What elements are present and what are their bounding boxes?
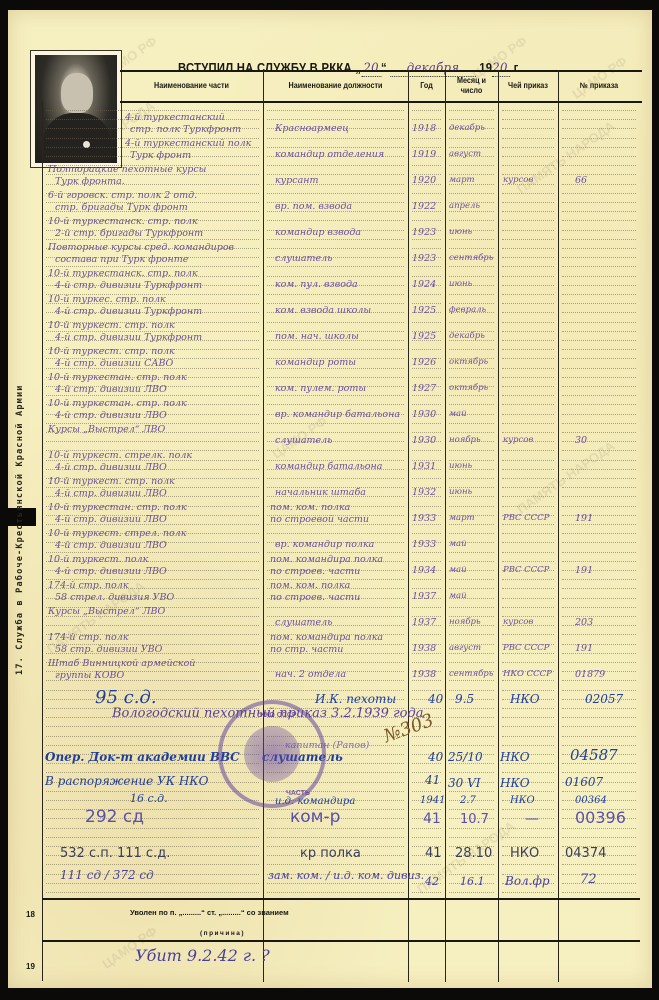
ruled-line — [412, 662, 441, 663]
ruled-line — [502, 745, 554, 746]
ruled-line — [502, 598, 554, 599]
ruled-line — [562, 211, 636, 212]
table-cell: декабрь — [449, 331, 485, 342]
ruled-line — [562, 220, 636, 221]
table-cell: пом. командира полка — [270, 554, 383, 565]
ruled-line — [502, 423, 554, 424]
ruled-line — [449, 607, 494, 608]
table-cell: 4-й стр. дивизии ЛВО — [55, 540, 167, 551]
ruled-line — [449, 690, 494, 691]
table-cell: май — [449, 409, 467, 420]
table-cell: 1926 — [412, 357, 436, 368]
table-cell: группы КОВО — [55, 670, 124, 681]
ruled-line — [412, 892, 441, 893]
ruled-line — [267, 395, 404, 396]
table-cell: ком. взвода школы — [275, 305, 371, 316]
table-cell: 6-й горовск. стр. полк 2 отд. — [48, 190, 197, 201]
ruled-line — [267, 276, 404, 277]
table-cell: 4-й стр. дивизии Туркфронт — [55, 280, 202, 291]
ruled-line — [562, 515, 636, 516]
table-cell: июнь — [449, 279, 472, 290]
ruled-line — [412, 506, 441, 507]
ruled-line — [412, 322, 441, 323]
table-cell: 4-й стр. дивизии САВО — [55, 358, 173, 369]
ruled-line — [502, 248, 554, 249]
ink-entry: НКО — [510, 848, 539, 859]
ruled-line — [412, 828, 441, 829]
ruled-line — [412, 791, 441, 792]
ruled-line — [502, 377, 554, 378]
table-cell: 191 — [575, 565, 593, 576]
table-cell: 10-й туркест. стрел. полк — [48, 528, 186, 539]
ruled-line — [562, 230, 636, 231]
table-cell: по строев. части — [270, 566, 360, 577]
ruled-line — [502, 552, 554, 553]
table-cell: ком. пулем. роты — [275, 383, 366, 394]
ruled-line — [562, 266, 636, 267]
ruled-line — [449, 478, 494, 479]
ink-entry: 42 — [425, 876, 439, 887]
ink-entry: 02057 — [585, 694, 623, 705]
ruled-line — [267, 533, 404, 534]
ruled-line — [562, 552, 636, 553]
ruled-line — [412, 533, 441, 534]
table-cell: июнь — [449, 461, 472, 472]
ruled-line — [562, 874, 636, 875]
ruled-line — [412, 266, 441, 267]
table-cell: 10-й туркестанск. стр. полк — [48, 216, 198, 227]
ruled-line — [412, 349, 441, 350]
ruled-line — [267, 239, 404, 240]
ruled-line — [449, 708, 494, 709]
ruled-line — [412, 138, 441, 139]
table-cell: Полторацкие пехотные курсы — [48, 164, 206, 175]
ruled-line — [412, 193, 441, 194]
ruled-line — [562, 570, 636, 571]
ruled-line — [562, 202, 636, 203]
ruled-line — [562, 496, 636, 497]
ruled-line — [502, 331, 554, 332]
ink-entry: И.К. пехоты — [315, 694, 396, 705]
ruled-line — [449, 828, 494, 829]
ruled-line — [412, 239, 441, 240]
table-cell: 4-й стр. дивизии Туркфронт — [55, 306, 202, 317]
ink-entry: 72 — [580, 874, 597, 885]
ruled-line — [449, 276, 494, 277]
ruled-line — [449, 423, 494, 424]
table-cell: по стр. части — [270, 644, 343, 655]
ruled-line — [267, 892, 404, 893]
section-18-rule — [42, 898, 640, 900]
ruled-line — [412, 579, 441, 580]
ruled-line — [502, 487, 554, 488]
ruled-line — [267, 193, 404, 194]
ruled-line — [502, 607, 554, 608]
ruled-line — [562, 331, 636, 332]
table-cell: ноябрь — [449, 435, 481, 446]
ruled-line — [562, 717, 636, 718]
ruled-line — [267, 294, 404, 295]
ruled-line — [412, 248, 441, 249]
ruled-line — [267, 883, 404, 884]
column-header: Наименование части — [127, 72, 256, 100]
ruled-line — [449, 552, 494, 553]
ruled-line — [502, 837, 554, 838]
section-17-label: 17. Служба в Рабоче-Крестьянской Красной… — [15, 375, 25, 675]
ruled-line — [412, 377, 441, 378]
ruled-line — [267, 377, 404, 378]
ruled-line — [562, 533, 636, 534]
ruled-line — [502, 138, 554, 139]
section-18-number: 18 — [26, 910, 35, 919]
ink-entry: 16 с.д. — [130, 793, 168, 804]
ruled-line — [562, 864, 636, 865]
table-cell: 4-й туркестанский полк — [125, 138, 251, 149]
ruled-line — [562, 432, 636, 433]
table-cell: нач. 2 отдела — [275, 669, 346, 680]
table-cell: курсов — [503, 617, 533, 628]
ruled-line — [449, 745, 494, 746]
ruled-line — [267, 165, 404, 166]
table-cell: 1927 — [412, 383, 436, 394]
table-cell: вр. командир батальона — [275, 409, 400, 420]
ruled-line — [46, 552, 259, 553]
ruled-line — [46, 625, 259, 626]
ink-entry: 2.7 — [460, 795, 476, 806]
ink-entry: 40 — [428, 752, 443, 763]
table-cell: 1933 — [412, 513, 436, 524]
table-cell: 4-й туркестанский — [125, 112, 225, 123]
ruled-line — [562, 184, 636, 185]
ink-entry: 10.7 — [460, 814, 489, 825]
table-cell: 4-й стр. дивизии ЛВО — [55, 514, 167, 525]
table-cell: май — [449, 565, 467, 576]
ruled-line — [412, 524, 441, 525]
table-cell: ком. пул. взвода — [275, 279, 358, 290]
ruled-line — [562, 156, 636, 157]
ruled-line — [502, 579, 554, 580]
column-divider — [498, 70, 499, 982]
ruled-line — [502, 211, 554, 212]
ruled-line — [449, 892, 494, 893]
ruled-line — [502, 303, 554, 304]
table-cell: 10-й туркестан. стр. полк — [48, 372, 187, 383]
ink-entry: НКО — [500, 778, 530, 789]
ruled-line — [46, 864, 259, 865]
ruled-line — [449, 717, 494, 718]
table-cell: март — [449, 175, 475, 186]
table-cell: 10-й туркестан. стр. полк — [48, 398, 187, 409]
ruled-line — [267, 432, 404, 433]
table-cell: 66 — [575, 175, 587, 186]
ruled-line — [502, 478, 554, 479]
death-note: Убит 9.2.42 г. ? — [135, 950, 270, 961]
ruled-line — [562, 248, 636, 249]
table-cell: командир взвода — [275, 227, 361, 238]
ruled-line — [502, 506, 554, 507]
table-cell: 174-й стр. полк — [48, 580, 129, 591]
ruled-line — [562, 837, 636, 838]
ruled-line — [412, 432, 441, 433]
ruled-line — [562, 285, 636, 286]
table-cell: 1932 — [412, 487, 436, 498]
ruled-line — [412, 561, 441, 562]
table-cell: пом. нач. школы — [275, 331, 359, 342]
ink-entry: 9.5 — [455, 694, 474, 705]
ruled-line — [449, 147, 494, 148]
ruled-line — [46, 828, 259, 829]
ruled-line — [502, 322, 554, 323]
ink-entry: Вол.фр — [505, 876, 550, 887]
ruled-line — [562, 478, 636, 479]
ink-entry: 04587 — [570, 750, 618, 761]
table-cell: 1938 — [412, 643, 436, 654]
ruled-line — [502, 266, 554, 267]
ruled-line — [562, 423, 636, 424]
ruled-line — [412, 690, 441, 691]
ink-entry: 41 — [425, 775, 440, 786]
table-cell: ноябрь — [449, 617, 481, 628]
table-cell: Курсы „Выстрел“ ЛВО — [48, 606, 165, 617]
ruled-line — [562, 883, 636, 884]
ruled-line — [267, 864, 404, 865]
table-cell: РВС СССР — [503, 643, 549, 654]
table-cell: пом. командира полка — [270, 632, 383, 643]
ruled-line — [449, 220, 494, 221]
ruled-line — [562, 690, 636, 691]
ruled-line — [502, 680, 554, 681]
table-cell: по строевой части — [270, 514, 369, 525]
table-cell: 10-й туркес. стр. полк — [48, 294, 166, 305]
table-cell: 4-й стр. дивизии ЛВО — [55, 410, 167, 421]
ruled-line — [412, 110, 441, 111]
ruled-line — [562, 579, 636, 580]
table-cell: 1933 — [412, 539, 436, 550]
ruled-line — [267, 680, 404, 681]
table-cell: состава при Турк фронте — [55, 254, 188, 265]
ink-entry: 95 с.д. — [95, 692, 157, 703]
ruled-line — [46, 110, 259, 111]
ruled-line — [267, 478, 404, 479]
ruled-line — [46, 809, 259, 810]
ink-entry: 40 — [428, 694, 443, 705]
ruled-line — [502, 524, 554, 525]
ruled-line — [449, 266, 494, 267]
ruled-line — [267, 404, 404, 405]
ruled-line — [502, 340, 554, 341]
ink-entry: 01607 — [565, 777, 603, 788]
ink-entry: НКО — [500, 752, 530, 763]
ruled-line — [449, 248, 494, 249]
table-cell: 191 — [575, 513, 593, 524]
table-cell: 1920 — [412, 175, 436, 186]
table-cell: 4-й стр. дивизии ЛВО — [55, 566, 167, 577]
table-cell: начальник штаба — [275, 487, 366, 498]
ruled-line — [502, 772, 554, 773]
ruled-line — [502, 561, 554, 562]
ruled-line — [562, 340, 636, 341]
column-divider — [408, 70, 409, 982]
ruled-line — [562, 174, 636, 175]
ink-entry: 532 с.п. 111 с.д. — [60, 848, 170, 859]
column-header: Год — [410, 72, 443, 100]
table-cell: 1930 — [412, 435, 436, 446]
table-cell: 203 — [575, 617, 593, 628]
ruled-line — [449, 533, 494, 534]
table-cell: стр. бригады Турк фронт — [55, 202, 188, 213]
ruled-line — [449, 377, 494, 378]
table-cell: 1937 — [412, 617, 436, 628]
ruled-line — [449, 110, 494, 111]
ruled-line — [502, 220, 554, 221]
ruled-line — [562, 414, 636, 415]
ink-entry: 292 сд — [85, 812, 144, 823]
ruled-line — [267, 220, 404, 221]
table-cell: декабрь — [449, 123, 485, 134]
ruled-line — [412, 864, 441, 865]
emblem-icon — [244, 726, 300, 782]
ink-entry: кр полка — [300, 848, 361, 859]
reason-label: (причина) — [200, 930, 245, 937]
ruled-line — [562, 506, 636, 507]
ruled-line — [502, 892, 554, 893]
document-page: ЦАМО РФ ЦАМО РФ ЦАМО РФ ПАМЯТЬ НАРОДА ПА… — [8, 10, 652, 988]
ruled-line — [562, 322, 636, 323]
ruled-line — [267, 248, 404, 249]
ink-entry: НКО — [510, 795, 535, 806]
ruled-line — [502, 239, 554, 240]
ruled-line — [562, 487, 636, 488]
ruled-line — [412, 220, 441, 221]
column-divider — [445, 70, 446, 982]
ruled-line — [267, 147, 404, 148]
table-cell: 4-й стр. дивизии ЛВО — [55, 384, 167, 395]
ruled-line — [449, 294, 494, 295]
ruled-line — [267, 690, 404, 691]
table-cell: май — [449, 591, 467, 602]
ruled-line — [449, 506, 494, 507]
ruled-line — [412, 147, 441, 148]
ruled-line — [562, 276, 636, 277]
table-cell: 58 стрел. дивизия УВО — [55, 592, 174, 603]
table-cell: 58 стр. дивизии УВО — [55, 644, 162, 655]
column-header: Чей приказ — [501, 72, 555, 100]
table-cell: сентябрь — [449, 253, 493, 264]
ruled-line — [412, 478, 441, 479]
ruled-line — [562, 395, 636, 396]
ruled-line — [502, 634, 554, 635]
ruled-line — [562, 634, 636, 635]
ruled-line — [449, 561, 494, 562]
ruled-line — [562, 828, 636, 829]
ink-entry: 1941 — [420, 795, 445, 806]
table-cell: вр. пом. взвода — [275, 201, 352, 212]
table-cell: командир роты — [275, 357, 356, 368]
ruled-line — [267, 837, 404, 838]
ruled-line — [562, 165, 636, 166]
ruled-line — [449, 634, 494, 635]
ruled-line — [562, 726, 636, 727]
table-cell: Повторные курсы сред. командиров — [48, 242, 234, 253]
ruled-line — [562, 625, 636, 626]
table-cell: РВС СССР — [503, 565, 549, 576]
table-cell: 1934 — [412, 565, 436, 576]
section-19-number: 19 — [26, 962, 35, 971]
ruled-line — [562, 128, 636, 129]
ruled-line — [449, 680, 494, 681]
ruled-line — [502, 828, 554, 829]
official-stamp: НКО СССР ЧАСТЬ — [218, 700, 326, 808]
table-cell: 30 — [575, 435, 587, 446]
ruled-line — [562, 349, 636, 350]
table-cell: 191 — [575, 643, 593, 654]
ruled-line — [502, 542, 554, 543]
ruled-line — [449, 395, 494, 396]
ruled-line — [412, 423, 441, 424]
table-cell: курсов — [503, 435, 533, 446]
ruled-line — [562, 450, 636, 451]
ruled-line — [502, 414, 554, 415]
ruled-line — [267, 607, 404, 608]
table-cell: пом. ком. полка — [270, 502, 350, 513]
ruled-line — [267, 349, 404, 350]
ruled-line — [267, 110, 404, 111]
ruled-line — [502, 386, 554, 387]
table-cell: курсов — [503, 175, 533, 186]
column-header: Месяц и число — [448, 72, 496, 100]
portrait-photo — [30, 50, 122, 168]
ruled-line — [562, 138, 636, 139]
ruled-line — [267, 423, 404, 424]
table-cell: 10-й туркест. стр. полк — [48, 320, 175, 331]
ruled-line — [502, 432, 554, 433]
column-divider — [263, 70, 264, 982]
table-cell: НКО СССР — [503, 669, 552, 680]
ruled-line — [502, 791, 554, 792]
section-19-rule — [42, 940, 640, 942]
table-cell: 1925 — [412, 305, 436, 316]
table-cell: сентябрь — [449, 669, 493, 680]
table-cell: 1923 — [412, 253, 436, 264]
table-cell: 10-й туркестанск. стр. полк — [48, 268, 198, 279]
table-cell: 2-й стр. бригады Туркфронт — [55, 228, 203, 239]
ruled-line — [267, 138, 404, 139]
ruled-line — [562, 561, 636, 562]
ruled-line — [502, 202, 554, 203]
table-cell: Курсы „Выстрел“ ЛВО — [48, 424, 165, 435]
table-cell: октябрь — [449, 383, 488, 394]
ruled-line — [562, 257, 636, 258]
ruled-line — [412, 634, 441, 635]
ruled-line — [562, 368, 636, 369]
ruled-line — [502, 690, 554, 691]
column-divider — [558, 70, 559, 982]
ruled-line — [562, 616, 636, 617]
ruled-line — [267, 662, 404, 663]
ruled-line — [412, 276, 441, 277]
table-cell: 1931 — [412, 461, 436, 472]
ruled-line — [502, 276, 554, 277]
ruled-line — [562, 662, 636, 663]
ruled-line — [502, 450, 554, 451]
ruled-line — [449, 165, 494, 166]
left-border — [42, 101, 43, 981]
ruled-line — [449, 791, 494, 792]
column-header: № приказа — [562, 72, 636, 100]
ruled-line — [449, 432, 494, 433]
ruled-line — [412, 395, 441, 396]
table-cell: стр. полк Туркфронт — [130, 124, 241, 135]
